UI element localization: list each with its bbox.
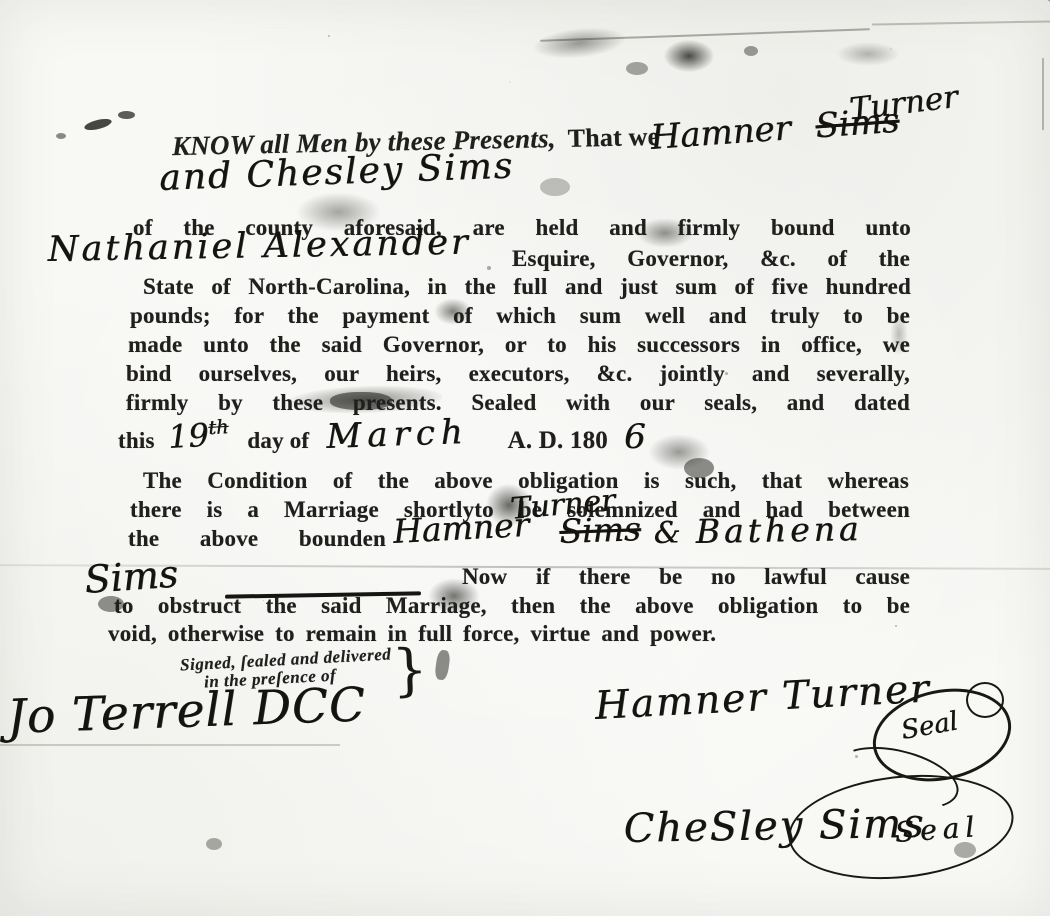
groom-first-name: Hamner: [649, 108, 792, 158]
witness-signature: Jo Terrell DCC: [6, 678, 367, 745]
second-signature: CheSley Sims: [623, 801, 926, 852]
paper-speck: [487, 266, 491, 270]
condition-joiner-ampersand: &: [654, 516, 681, 551]
day-handwritten: 19th: [167, 415, 230, 456]
attestation-brace: }: [391, 637, 429, 703]
fold-crease-top: [540, 28, 870, 42]
paper-speck: [890, 48, 892, 50]
paper-speck: [509, 81, 511, 83]
condition-groom-first: Hamner: [392, 505, 530, 551]
ink-blot: [83, 117, 112, 133]
paper-speck: [895, 625, 897, 627]
condition-names-handwritten: Hamner Sims & Bathena: [394, 512, 863, 551]
groom-interlined-surname: Turner: [848, 79, 960, 128]
bond-line-3: State of North-Carolina, in the full and…: [143, 273, 911, 300]
year-digit-handwritten: 6: [624, 417, 646, 457]
ink-blot: [118, 111, 135, 119]
date-day-of-label: day of: [247, 428, 309, 453]
groom-seal-loop: [966, 682, 1004, 718]
day-suffix: th: [207, 415, 228, 439]
fold-crease-top-right: [872, 20, 1050, 25]
ink-smudge: [836, 42, 900, 66]
document-page: KNOW all Men by these Presents, That we …: [0, 0, 1050, 916]
bond-line-5: made unto the said Governor, or to his s…: [128, 331, 910, 358]
ink-blot: [434, 649, 451, 681]
groom-signature: Hamner Turner: [594, 666, 932, 729]
edge-mark-right: [1042, 58, 1044, 130]
ink-blot: [56, 133, 66, 139]
bond-line-4: pounds; for the payment of which sum wel…: [130, 302, 910, 329]
ink-smudge: [648, 434, 710, 470]
ink-blot: [626, 62, 648, 75]
paper-speck: [328, 35, 330, 37]
ink-blot: [206, 838, 222, 850]
corner-line-top-right: [1009, 0, 1050, 19]
date-year-prefix: A. D. 180: [508, 427, 608, 454]
date-line: this 19th day of March A. D. 180 6: [118, 417, 646, 457]
bond-line-7: firmly by these presents. Sealed with ou…: [126, 389, 910, 416]
bride-first-name: Bathena: [696, 509, 864, 551]
bond-line-6: bind ourselves, our heirs, executors, &c…: [126, 360, 910, 387]
condition-line-3-printed: the above bounden: [128, 525, 386, 552]
governor-name-handwritten: Nathaniel Alexander: [47, 223, 471, 270]
second-seal-label: Seal: [894, 810, 982, 849]
bond-line-2: Esquire, Governor, &c. of the: [512, 245, 910, 272]
opening-phrase-roman: That we: [567, 122, 659, 153]
month-handwritten: March: [326, 412, 470, 457]
date-this-label: this: [118, 428, 155, 453]
ink-blot: [744, 46, 758, 56]
condition-line-4-printed: Now if there be no lawful cause: [462, 563, 910, 590]
condition-line-6: void, otherwise to remain in full force,…: [108, 621, 828, 647]
ink-blot: [664, 40, 714, 72]
paper-speck: [855, 755, 858, 758]
fold-crease-bottom-left: [0, 744, 340, 746]
ink-blot: [540, 178, 570, 196]
condition-line-5: to obstruct the said Marriage, then the …: [114, 592, 910, 619]
ink-smudge: [531, 23, 629, 63]
